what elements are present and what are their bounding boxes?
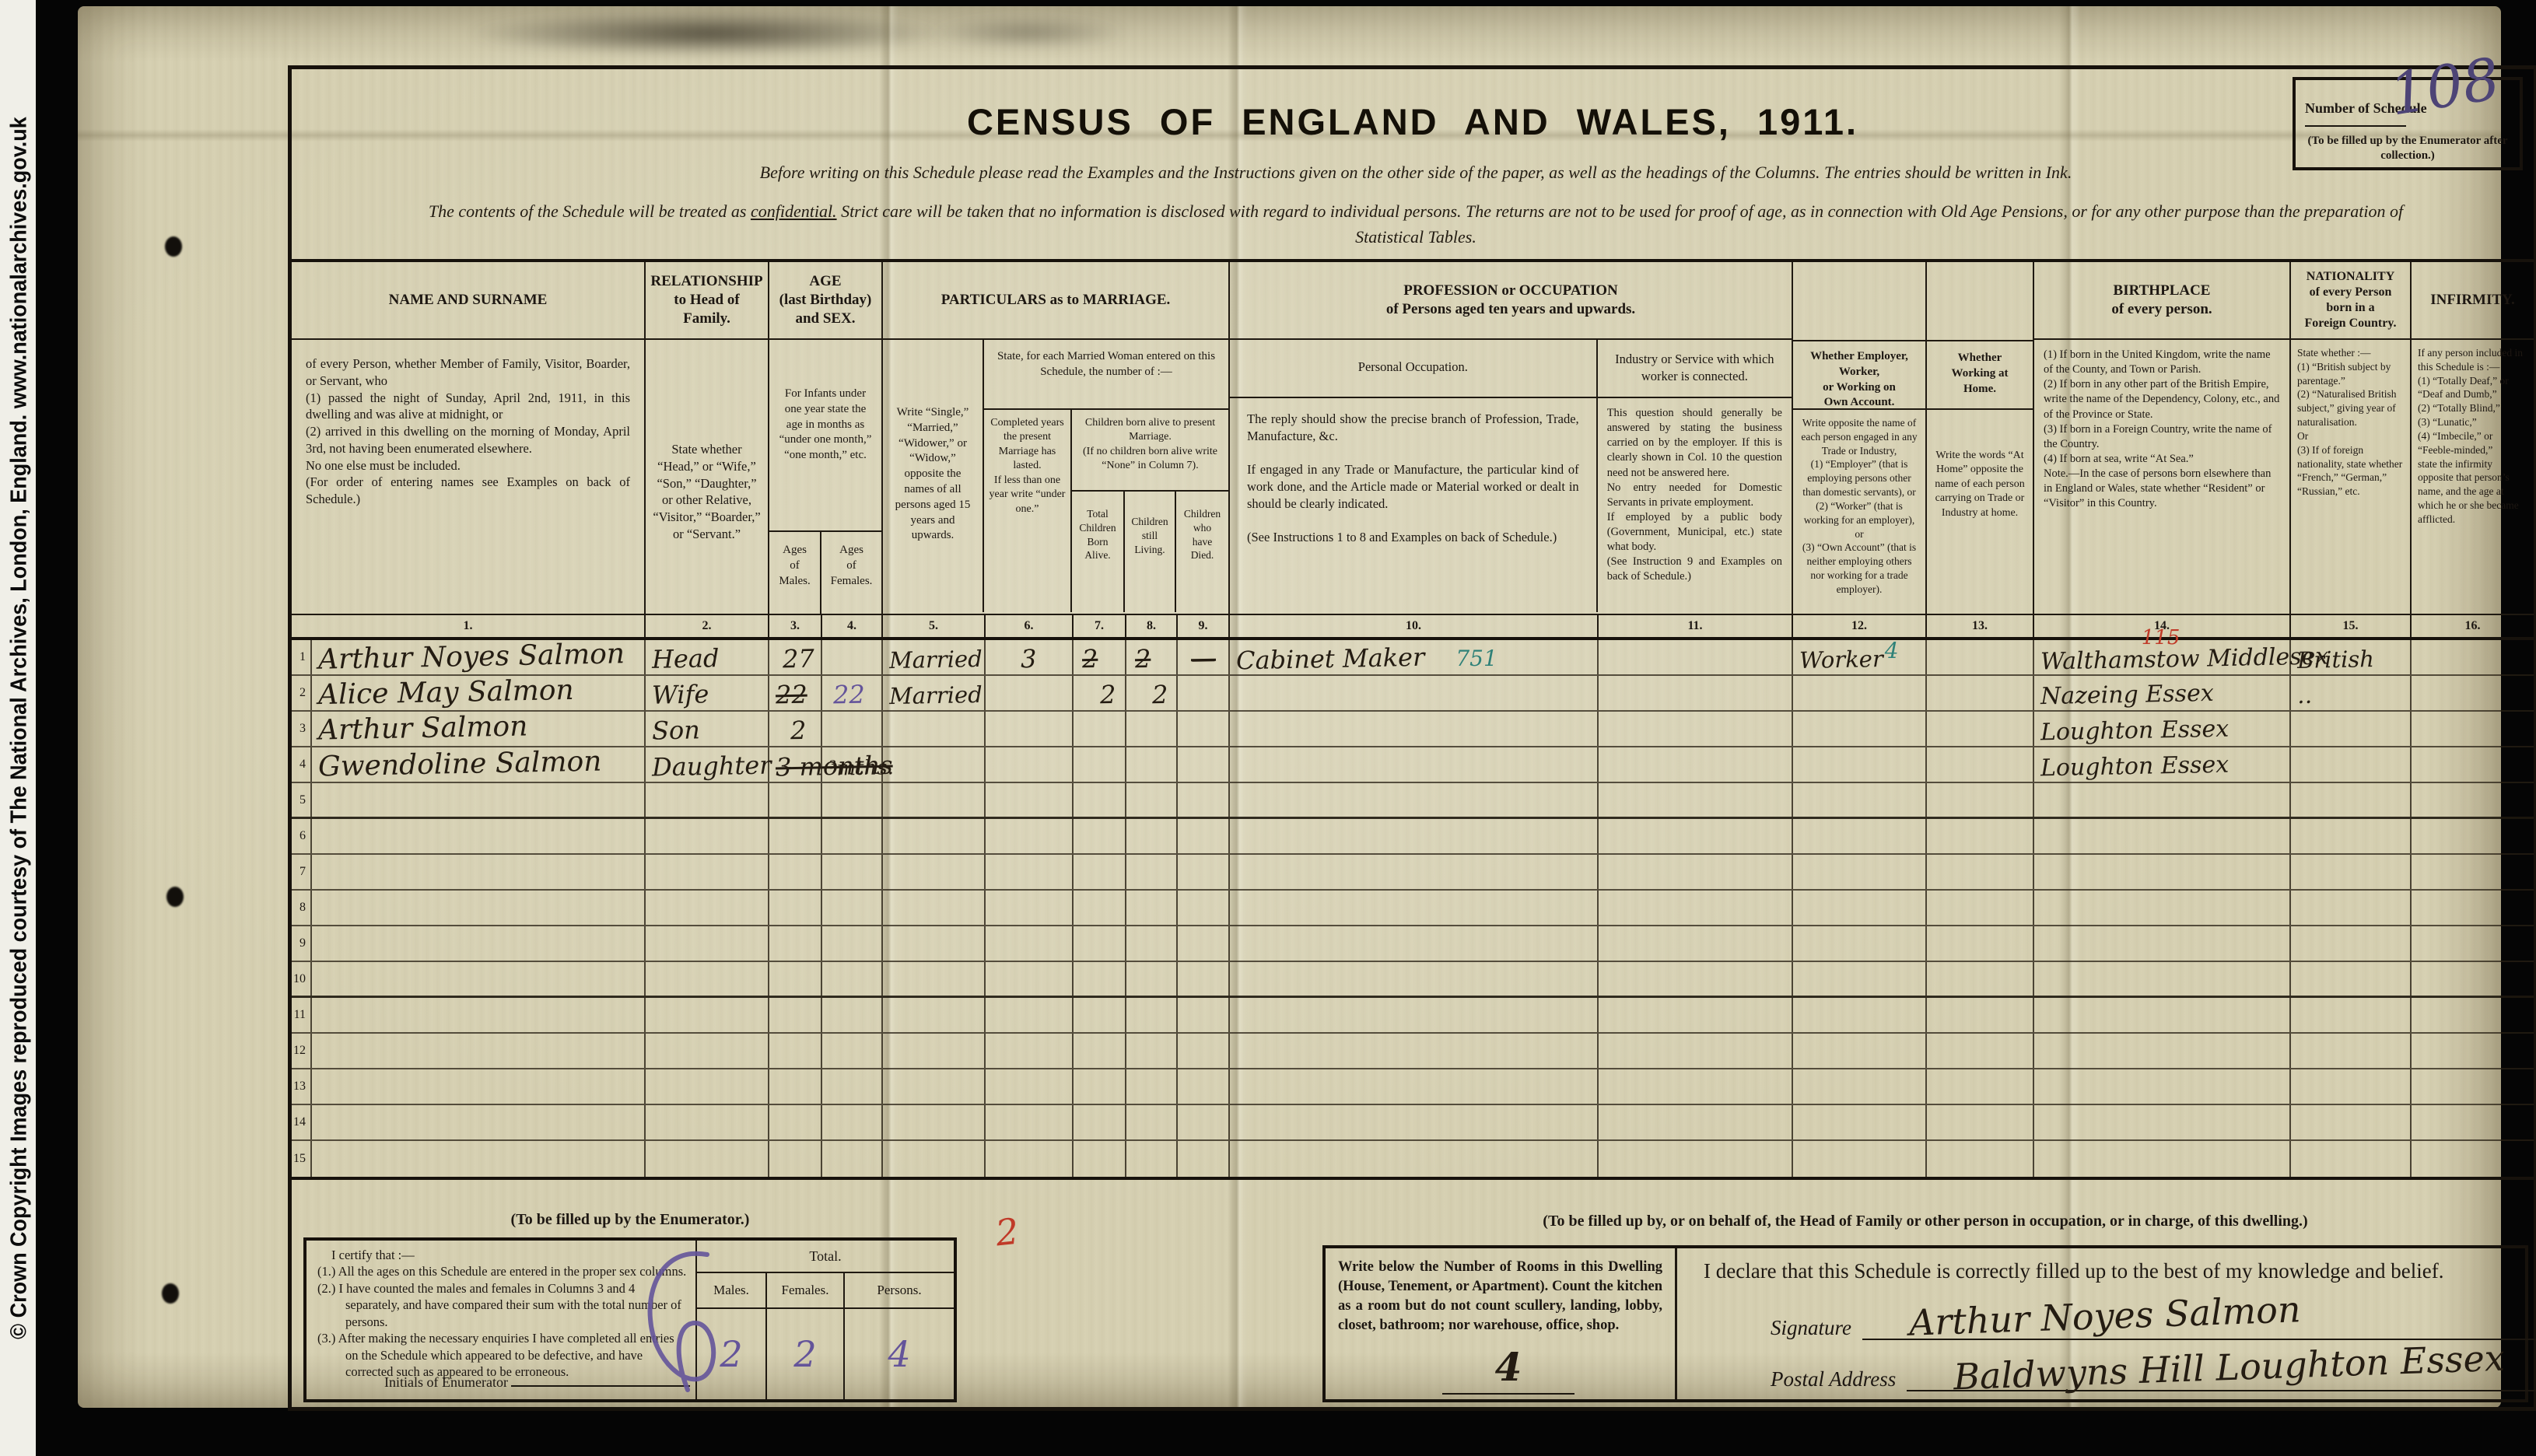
- birthplace-entry: Loughton Essex: [2040, 718, 2230, 745]
- marriage-completed-note: Com­pleted years the present Marriage ha…: [984, 410, 1072, 612]
- nationality-entry: British: [2297, 648, 2374, 672]
- nationality-title: NATIONALITY of every Person born in a Fo…: [2291, 262, 2410, 340]
- employer-title: Whether Employer, Worker, or Working on …: [1793, 340, 1925, 410]
- row-number: 4: [299, 758, 306, 772]
- years-married-entry: 3: [1021, 646, 1037, 671]
- postal-address-line: Baldwyns Hill Loughton Essex: [1907, 1348, 2536, 1391]
- females-label: Females.: [767, 1273, 845, 1307]
- employment-status-entry: Worker: [1799, 648, 1883, 672]
- rooms-cell: Write below the Number of Rooms in this …: [1326, 1248, 1677, 1399]
- intro-line-1: Before writing on this Schedule please r…: [338, 163, 2493, 183]
- birthplace-title: BIRTHPLACE of every person.: [2034, 262, 2289, 340]
- signature-label: Signature: [1771, 1316, 1851, 1340]
- row-number: 3: [299, 722, 306, 736]
- col-number: 9.: [1178, 615, 1230, 637]
- occupation-entry: Cabinet Maker: [1236, 645, 1425, 674]
- age-females-label: Ages of Females.: [821, 532, 881, 614]
- nationality-entry: ‥: [2297, 684, 2313, 707]
- col-number: 8.: [1126, 615, 1178, 637]
- name-entry: Arthur Salmon: [318, 712, 528, 744]
- col-number: 10.: [1230, 615, 1599, 637]
- initials-label: Initials of Enumerator: [384, 1374, 508, 1390]
- intro-line-2: The contents of the Schedule will be tre…: [401, 198, 2431, 250]
- enumerator-certification: I certify that :— (1.) All the ages on t…: [306, 1241, 695, 1399]
- col-relationship-header: RELATIONSHIP to Head of Family. State wh…: [646, 262, 769, 614]
- children-living-struck-entry: 2: [1135, 646, 1151, 671]
- table-header: NAME AND SURNAME of every Person, whethe…: [292, 262, 2534, 614]
- relationship-entry: Son: [652, 717, 700, 743]
- row-number: 15: [293, 1152, 306, 1166]
- children-living-entry: 2: [1151, 682, 1168, 707]
- punch-hole: [166, 887, 184, 907]
- census-scan: © Crown Copyright Images reproduced cour…: [0, 0, 2536, 1456]
- page-title: CENSUS OF ENGLAND AND WALES, 1911.: [292, 100, 2534, 143]
- birthplace-entry: Loughton Essex: [2040, 754, 2230, 781]
- reverse-print-smudge: [467, 11, 949, 56]
- table-row: 7: [292, 855, 2534, 891]
- col-marriage-header: PARTICULARS as to MARRIAGE. Write “Singl…: [883, 262, 1230, 614]
- table-row: 14: [292, 1105, 2534, 1141]
- table-row: 9: [292, 926, 2534, 962]
- marriage-children-group-note: Children born alive to present Marriage.…: [1072, 410, 1228, 492]
- col-employer-header: Whether Employer, Worker, or Working on …: [1793, 262, 1927, 614]
- census-table: NAME AND SURNAME of every Person, whethe…: [292, 259, 2534, 1180]
- table-row: 5: [292, 783, 2534, 819]
- table-row: 8: [292, 891, 2534, 926]
- col-number: 4.: [822, 615, 883, 637]
- col-number: 6.: [986, 615, 1074, 637]
- industry-body: This question should generally be answer…: [1598, 398, 1792, 612]
- persons-label: Persons.: [845, 1273, 954, 1307]
- name-entry: Arthur Noyes Salmon: [318, 640, 625, 674]
- intro2-confidential: confidential.: [751, 201, 837, 221]
- age-males-label: Ages of Males.: [769, 532, 821, 614]
- col-number: 11.: [1599, 615, 1793, 637]
- profession-title: PROFESSION or OCCUPATION of Persons aged…: [1230, 262, 1792, 340]
- birthplace-entry: Walthamstow Middlesex: [2040, 645, 2329, 674]
- certify-item: (2.) I have counted the males and female…: [317, 1280, 688, 1330]
- relationship-body: State whether “Head,” or “Wife,” “Son,” …: [646, 340, 768, 612]
- row-number: 6: [299, 829, 306, 843]
- col-nationality-header: NATIONALITY of every Person born in a Fo…: [2291, 262, 2412, 614]
- athome-title: Whether Working at Home.: [1927, 340, 2033, 410]
- col-number: 3.: [769, 615, 822, 637]
- row-number: 7: [299, 865, 306, 879]
- birthplace-entry: Nazeing Essex: [2040, 682, 2214, 709]
- head-family-section-heading: (To be filled up by, or on behalf of, th…: [1322, 1213, 2528, 1230]
- marriage-married-woman-note: State, for each Married Woman entered on…: [984, 340, 1228, 410]
- females-total: 2: [793, 1333, 816, 1375]
- children-born-label: Total Children Born Alive.: [1072, 492, 1125, 612]
- row-number: 13: [293, 1080, 306, 1094]
- marriage-single-note: Write “Single,” “Married,” “Widower,” or…: [883, 340, 984, 612]
- infirmity-title: INFIRMITY.: [2412, 262, 2534, 340]
- table-row: 10: [292, 962, 2534, 998]
- children-died-entry: —: [1190, 646, 1216, 672]
- intro2-pre: The contents of the Schedule will be tre…: [429, 201, 751, 221]
- schedule-number-note: (To be filled up by the Enumerator after…: [2305, 134, 2510, 163]
- name-entry: Alice May Salmon: [318, 677, 574, 709]
- name-entry: Gwendoline Salmon: [318, 748, 602, 782]
- table-row: 1 Arthur Noyes Salmon Head 27 Married 3 …: [292, 640, 2534, 676]
- infirmity-body: If any person included in this Schedule …: [2412, 340, 2534, 612]
- personal-occupation-body: The reply should show the precise branch…: [1230, 398, 1596, 612]
- children-living-label: Children still Living.: [1125, 492, 1176, 612]
- reverse-print-smudge: [926, 17, 1128, 48]
- children-died-label: Children who have Died.: [1176, 492, 1228, 612]
- relationship-entry: Wife: [652, 681, 709, 707]
- col-age-header: AGE (last Birthday) and SEX. For Infants…: [769, 262, 883, 614]
- punch-hole: [162, 1283, 179, 1304]
- paper-sheet: CENSUS OF ENGLAND AND WALES, 1911. Befor…: [78, 6, 2501, 1408]
- col-number: 7.: [1074, 615, 1126, 637]
- schedule-number-box: Number of Schedule (To be filled up by t…: [2293, 77, 2523, 170]
- certify-intro: I certify that :—: [317, 1247, 688, 1263]
- col-number: 15.: [2291, 615, 2412, 637]
- postal-address-value: Baldwyns Hill Loughton Essex: [1953, 1337, 2506, 1398]
- head-family-box: Write below the Number of Rooms in this …: [1322, 1245, 2528, 1402]
- birthplace-body: (1) If born in the United Kingdom, write…: [2034, 340, 2289, 612]
- employment-code: 4: [1885, 640, 1899, 662]
- name-title: NAME AND SURNAME: [292, 262, 644, 340]
- personal-occupation-label: Personal Occupation.: [1230, 340, 1596, 398]
- punch-hole: [165, 236, 182, 257]
- postal-address-label: Postal Address: [1771, 1367, 1896, 1391]
- birthplace-code: 115: [2142, 628, 2180, 648]
- children-born-struck-entry: 2: [1082, 646, 1098, 671]
- col-birthplace-header: BIRTHPLACE of every person. (1) If born …: [2034, 262, 2291, 614]
- column-number-strip: 1. 2. 3. 4. 5. 6. 7. 8. 9. 10. 11. 12. 1…: [292, 614, 2534, 640]
- age-males-struck-entry: 22: [776, 682, 807, 708]
- col-athome-header: Whether Working at Home. Write the words…: [1927, 262, 2034, 614]
- signature-line: Arthur Noyes Salmon: [1862, 1297, 2536, 1340]
- declaration-cell: I declare that this Schedule is correctl…: [1677, 1248, 2525, 1399]
- rooms-text: Write below the Number of Rooms in this …: [1338, 1259, 1662, 1333]
- enumerator-red-mark: 2: [993, 1210, 1021, 1255]
- col-number: 1.: [292, 615, 646, 637]
- marital-entry: Married: [889, 684, 983, 708]
- enumerator-section-heading: (To be filled up by the Enumerator.): [303, 1211, 957, 1229]
- row-number: 1: [299, 650, 306, 664]
- table-row: 3 Arthur Salmon Son 2: [292, 712, 2534, 747]
- children-born-entry: 2: [1100, 682, 1116, 707]
- marital-entry: Married: [889, 648, 983, 672]
- archive-strip: © Crown Copyright Images reproduced cour…: [0, 0, 36, 1456]
- signature-value: Arthur Noyes Salmon: [1908, 1288, 2301, 1344]
- schedule-number-line: [2305, 125, 2406, 127]
- relationship-entry: Head: [652, 646, 720, 672]
- form-frame: CENSUS OF ENGLAND AND WALES, 1911. Befor…: [288, 65, 2536, 1411]
- row-number: 14: [293, 1115, 306, 1129]
- age-males-entry: 27: [782, 646, 814, 672]
- schedule-number-value: 108: [2385, 45, 2504, 128]
- age-females-entry: 22: [832, 682, 864, 708]
- relationship-entry: Daughter: [652, 753, 772, 780]
- enumerator-initials-mark: [633, 1245, 742, 1393]
- nationality-body: State whether :— (1) “British subject by…: [2291, 340, 2410, 612]
- col-number: 5.: [883, 615, 986, 637]
- marriage-title: PARTICULARS as to MARRIAGE.: [883, 262, 1228, 340]
- persons-total: 4: [888, 1333, 910, 1375]
- col-infirmity-header: INFIRMITY. If any person included in thi…: [2412, 262, 2534, 614]
- row-number: 8: [299, 901, 306, 915]
- table-row: 15: [292, 1141, 2534, 1177]
- row-number: 5: [299, 793, 306, 807]
- certify-item: (1.) All the ages on this Schedule are e…: [317, 1263, 688, 1279]
- row-number: 10: [293, 972, 306, 986]
- rooms-value: 4: [1442, 1341, 1574, 1395]
- table-row: 4 Gwendoline Salmon Daughter 3 months ³m…: [292, 747, 2534, 783]
- col-number: 12.: [1793, 615, 1927, 637]
- age-males-entry: 2: [790, 718, 807, 743]
- athome-body: Write the words “At Home” opposite the n…: [1927, 410, 2033, 612]
- enumerator-box: I certify that :— (1.) All the ages on t…: [303, 1237, 957, 1402]
- age-title: AGE (last Birthday) and SEX.: [769, 262, 881, 340]
- table-row: 12: [292, 1034, 2534, 1069]
- industry-label: Industry or Service with which worker is…: [1598, 340, 1792, 398]
- age-infants-note: For Infants under one year state the age…: [769, 340, 881, 530]
- declaration-text: I declare that this Schedule is correctl…: [1704, 1259, 2499, 1283]
- col-name-header: NAME AND SURNAME of every Person, whethe…: [292, 262, 646, 614]
- row-number: 9: [299, 936, 306, 950]
- table-row: 6: [292, 819, 2534, 855]
- table-row: 2 Alice May Salmon Wife 22 22 Married 2 …: [292, 676, 2534, 712]
- name-body: of every Person, whether Member of Famil…: [292, 340, 644, 612]
- col-number: 16.: [2412, 615, 2534, 637]
- occupation-code: 751: [1455, 648, 1497, 670]
- col-number: 13.: [1927, 615, 2034, 637]
- table-body: 1 Arthur Noyes Salmon Head 27 Married 3 …: [292, 640, 2534, 1177]
- relationship-title: RELATIONSHIP to Head of Family.: [646, 262, 768, 340]
- table-row: 13: [292, 1069, 2534, 1105]
- row-number: 2: [299, 686, 306, 700]
- archive-copyright: © Crown Copyright Images reproduced cour…: [0, 0, 37, 1456]
- col-profession-header: PROFESSION or OCCUPATION of Persons aged…: [1230, 262, 1793, 614]
- row-number: 12: [293, 1044, 306, 1058]
- intro2-post: Strict care will be taken that no inform…: [837, 201, 2404, 247]
- employer-body: Write opposite the name of each person e…: [1793, 410, 1925, 612]
- col-number: 2.: [646, 615, 769, 637]
- table-row: 11: [292, 998, 2534, 1034]
- row-number: 11: [294, 1008, 306, 1022]
